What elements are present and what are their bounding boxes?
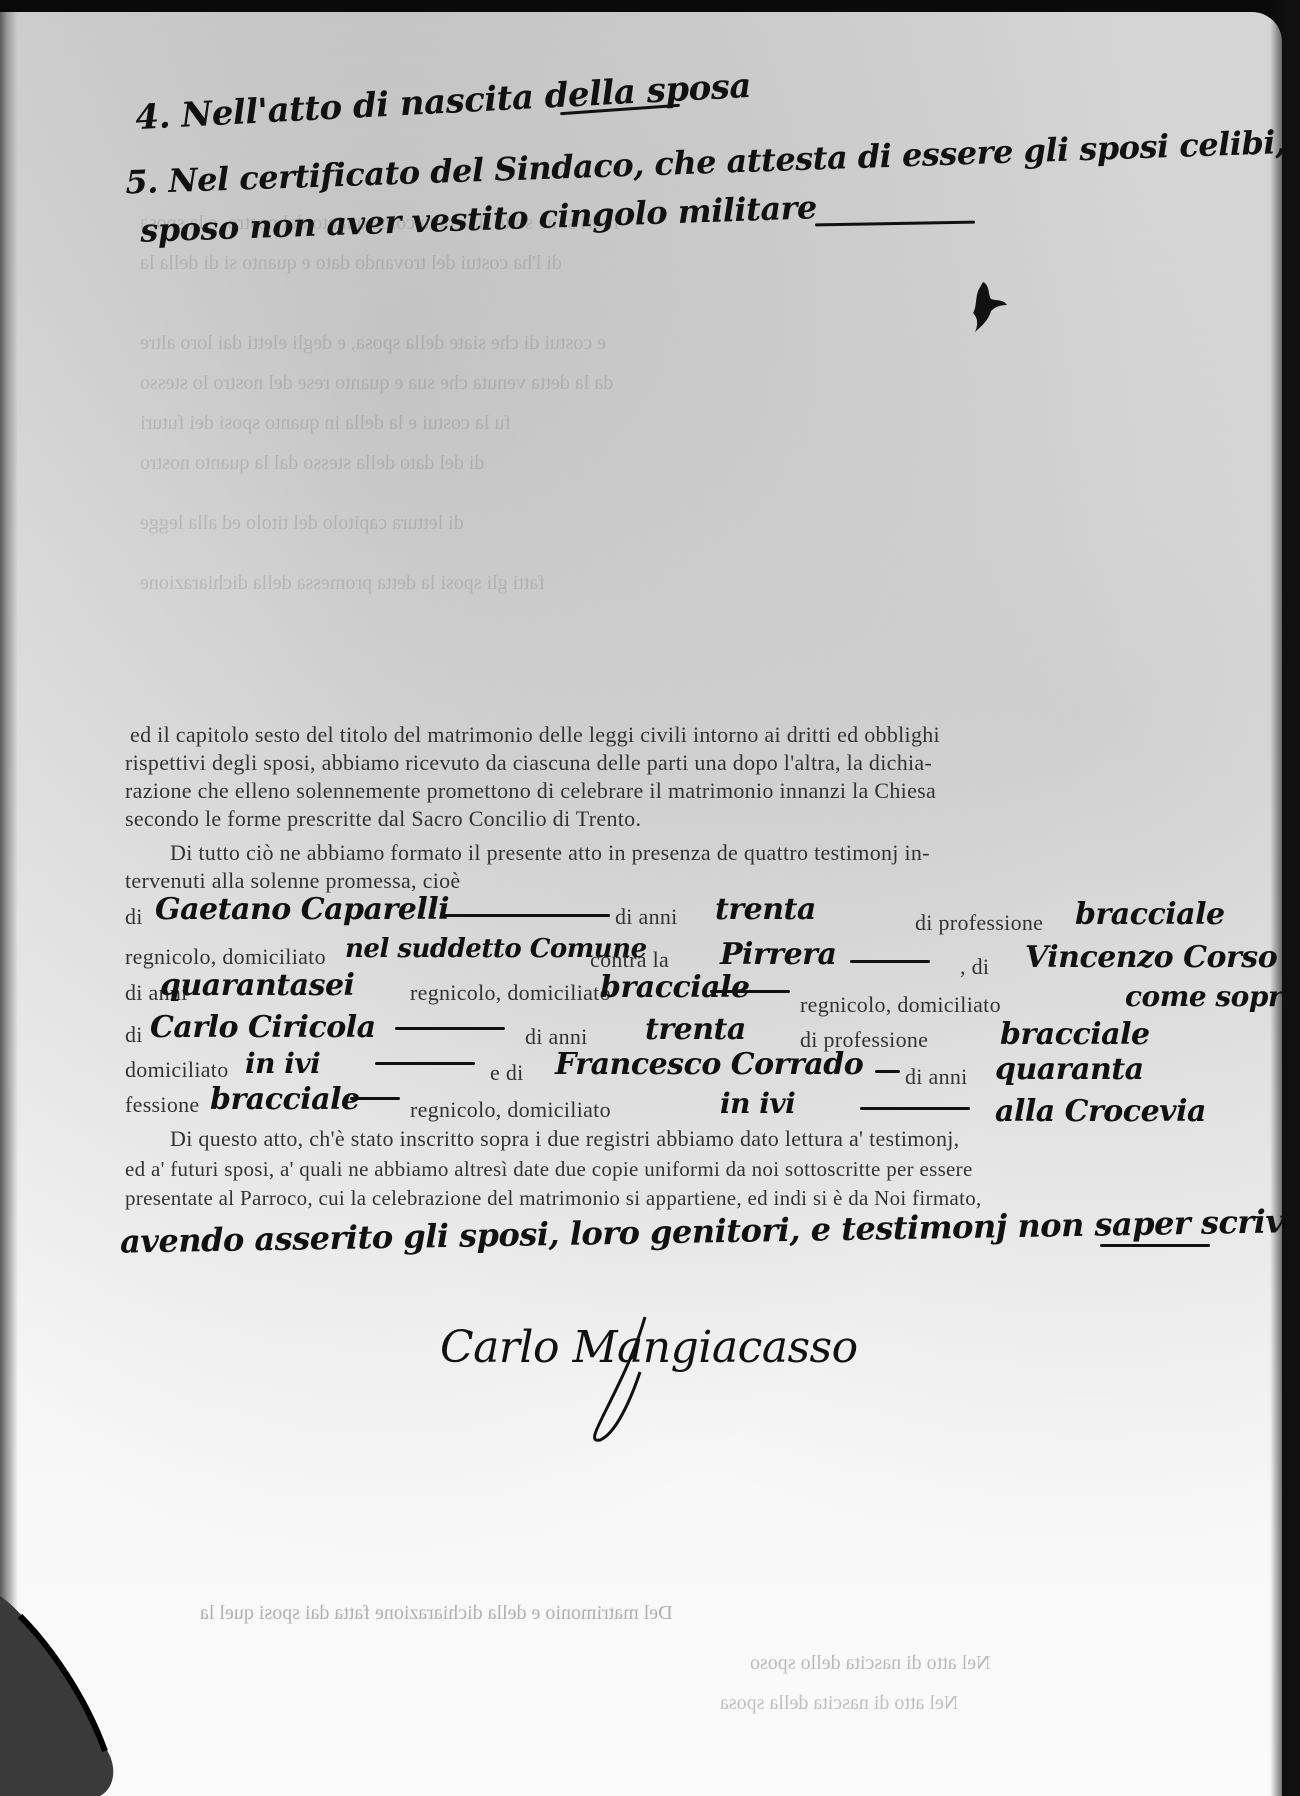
witness-profession: bracciale	[1075, 897, 1225, 932]
witness-profession: bracciale	[210, 1082, 360, 1117]
fill-rule	[350, 1097, 400, 1100]
form-label: regnicolo, domiciliato	[410, 980, 611, 1006]
note-number: 5.	[125, 162, 159, 201]
witness-age: quaranta	[995, 1052, 1144, 1087]
form-label: fessione	[125, 1092, 200, 1118]
witness-name: Gaetano Caparelli	[155, 892, 449, 927]
printed-line: secondo le forme prescritte dal Sacro Co…	[125, 806, 641, 832]
form-label: domiciliato	[125, 1057, 229, 1083]
bleed-through-text: di del dato della stesso dal la quanto n…	[140, 452, 484, 475]
form-label: di	[125, 904, 143, 930]
bleed-through-text: di lettura capitolo del titolo ed alla l…	[140, 512, 464, 535]
witness-profession: bracciale	[600, 970, 750, 1005]
header-note-5: 5. Nel certificato del Sindaco, che atte…	[125, 120, 1300, 201]
printed-line: ed il capitolo sesto del titolo del matr…	[130, 722, 940, 748]
fill-rule	[710, 990, 790, 993]
ink-blot	[955, 277, 1015, 337]
witness-domicile: in ivi	[720, 1087, 795, 1120]
witness-name: Vincenzo Corso	[1025, 940, 1277, 975]
witness-locality: alla Crocevia	[995, 1094, 1206, 1129]
printed-line: tervenuti alla solenne promessa, cioè	[125, 868, 460, 894]
printed-line: razione che elleno solennemente prometto…	[125, 778, 936, 804]
folded-page-corner	[0, 1556, 300, 1796]
witness-age: quarantasei	[160, 968, 354, 1003]
bleed-through-text: Nel atto di nascita dello sposo	[750, 1652, 991, 1675]
form-label: regnicolo, domiciliato	[410, 1097, 611, 1123]
fill-rule	[875, 1070, 900, 1073]
bleed-through-text: fu la costui e la della in quanto sposi …	[140, 412, 511, 435]
form-label: di	[125, 1022, 143, 1048]
witness-age: trenta	[715, 892, 816, 927]
form-label: , di	[960, 954, 989, 980]
witness-age: trenta	[645, 1012, 746, 1047]
bleed-through-text: Nel atto di nascita della sposa	[720, 1692, 958, 1715]
witness-locality: Pirrera	[720, 937, 836, 972]
bleed-through-text: di l'ha costui del trovando dato e quant…	[140, 252, 562, 275]
fill-rule	[850, 960, 930, 963]
printed-line: Di tutto ciò ne abbiamo formato il prese…	[170, 840, 930, 866]
document-page: fuori si ne sotto il venuta come quanto …	[0, 12, 1282, 1796]
witness-name: Francesco Corrado	[555, 1047, 863, 1082]
bleed-through-text: fatti gli sposi la detta promessa della …	[140, 572, 545, 595]
scan-edge-shadow	[1270, 0, 1300, 1796]
form-label: regnicolo, domiciliato	[125, 944, 326, 970]
note-text: Nel certificato del Sindaco, che attesta…	[168, 120, 1300, 200]
form-label: di anni	[905, 1064, 968, 1090]
witness-name: Carlo Ciricola	[150, 1010, 376, 1045]
bleed-through-text: e costui di che siate della sposa, e deg…	[140, 332, 606, 355]
closing-printed-line: presentate al Parroco, cui la celebrazio…	[125, 1186, 982, 1211]
underline-rule	[815, 221, 975, 227]
witness-profession: bracciale	[1000, 1017, 1150, 1052]
fill-rule	[395, 1027, 505, 1030]
bleed-through-text: da la detta venuta che sua e quanto rese…	[140, 372, 613, 395]
note-number: 4.	[134, 96, 171, 138]
form-label: regnicolo, domiciliato	[800, 992, 1001, 1018]
printed-line: rispettivi degli sposi, abbiamo ricevuto…	[125, 750, 932, 776]
fill-rule	[440, 914, 610, 917]
underline-rule	[1100, 1244, 1210, 1247]
fill-rule	[375, 1062, 475, 1065]
note-text: Nell'atto di nascita della sposa	[180, 66, 752, 136]
witness-domicile: in ivi	[245, 1047, 320, 1080]
closing-printed-line: ed a' futuri sposi, a' quali ne abbiamo …	[125, 1157, 973, 1182]
fill-rule	[860, 1107, 970, 1110]
closing-printed-line: Di questo atto, ch'è stato inscritto sop…	[170, 1126, 959, 1152]
form-label: di professione	[915, 910, 1043, 936]
form-label: di anni	[615, 904, 678, 930]
signature-flourish	[575, 1312, 665, 1452]
form-label: e di	[490, 1060, 524, 1086]
header-note-4: 4. Nell'atto di nascita della sposa	[134, 66, 751, 138]
